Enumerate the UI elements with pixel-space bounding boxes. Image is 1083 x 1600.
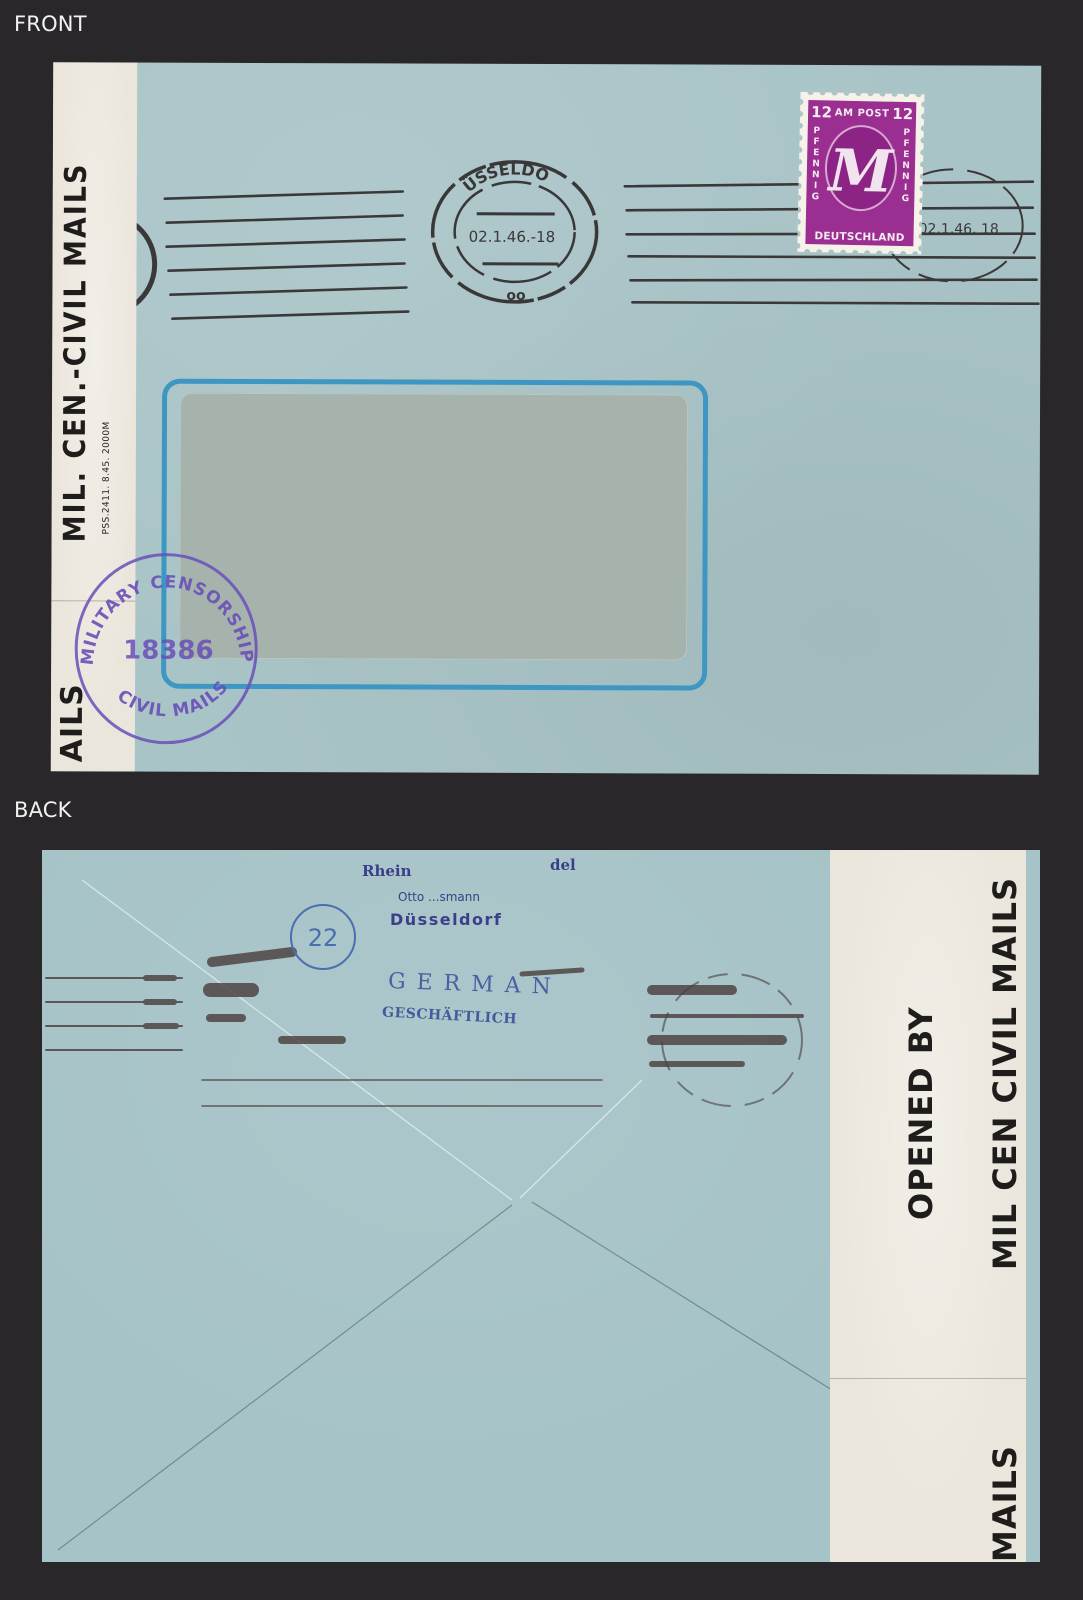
sender-stamp-line1-right: del	[550, 856, 576, 874]
front-label: FRONT	[14, 12, 87, 36]
censor-tape-back-lower-fragment: MAILS	[986, 1445, 1024, 1562]
back-label: BACK	[14, 798, 72, 822]
circle-stamp-number: 22	[308, 924, 339, 952]
svg-text:CIVIL MAILS: CIVIL MAILS	[113, 676, 233, 721]
stamp-oval: M	[824, 124, 898, 211]
stamp-value-right: 12	[892, 105, 913, 123]
sender-stamp-line2: Otto ...smann	[398, 890, 480, 904]
circle-22-stamp: 22	[288, 902, 358, 972]
stamp-country: DEUTSCHLAND	[805, 230, 913, 244]
sender-stamp-line1-left: Rhein	[362, 862, 412, 880]
stamp-pfennig-left: PFENNIG	[810, 126, 822, 203]
censor-tape-main-text: MIL. CEN.-CIVIL MAILS	[58, 162, 94, 542]
postmark-code: oo	[506, 288, 525, 304]
censor-number: 18386	[123, 636, 214, 666]
machine-cancel-lines-left	[162, 183, 412, 324]
censor-tape-opened-by: OPENED BY	[902, 1006, 940, 1220]
postmark-dusseldorf: ÜSSELDO 02.1.46.-18 oo	[424, 156, 605, 307]
postage-stamp-12-pfennig: 12 AM POST 12 PFENNIG PFENNIG M DEUTSCHL…	[797, 92, 924, 255]
postmark-date: 02.1.46.-18	[469, 228, 556, 246]
stamp-pfennig-right: PFENNIG	[900, 128, 912, 205]
stamp-am-post: AM POST	[835, 108, 890, 123]
machine-cancel-right-date: 02.1.46. 18	[919, 221, 999, 237]
tape-seam	[830, 1378, 1026, 1379]
censorship-bottom-text: CIVIL MAILS	[113, 676, 233, 721]
censor-tape-line2: MIL CEN CIVIL MAILS	[986, 877, 1024, 1270]
sender-stamp-city: Düsseldorf	[390, 910, 502, 929]
envelope-back: Rhein del Otto ...smann Düsseldorf 22 GE…	[42, 850, 1040, 1562]
censor-tape-back: OPENED BY MIL CEN CIVIL MAILS MAILS	[830, 850, 1026, 1562]
military-censorship-handstamp: MILITARY CENSORSHIP CIVIL MAILS 18386	[71, 550, 262, 747]
transit-cancel-smudge	[42, 930, 822, 1130]
envelope-front: ÜSSELDO 02.1.46.-18 oo 02.1.46. 18 12 AM…	[51, 62, 1041, 774]
stamp-value-left: 12	[811, 103, 832, 121]
censor-tape-imprint: PSS.2411. 8.45. 2000M	[102, 421, 112, 534]
stamp-m-glyph: M	[826, 136, 895, 205]
